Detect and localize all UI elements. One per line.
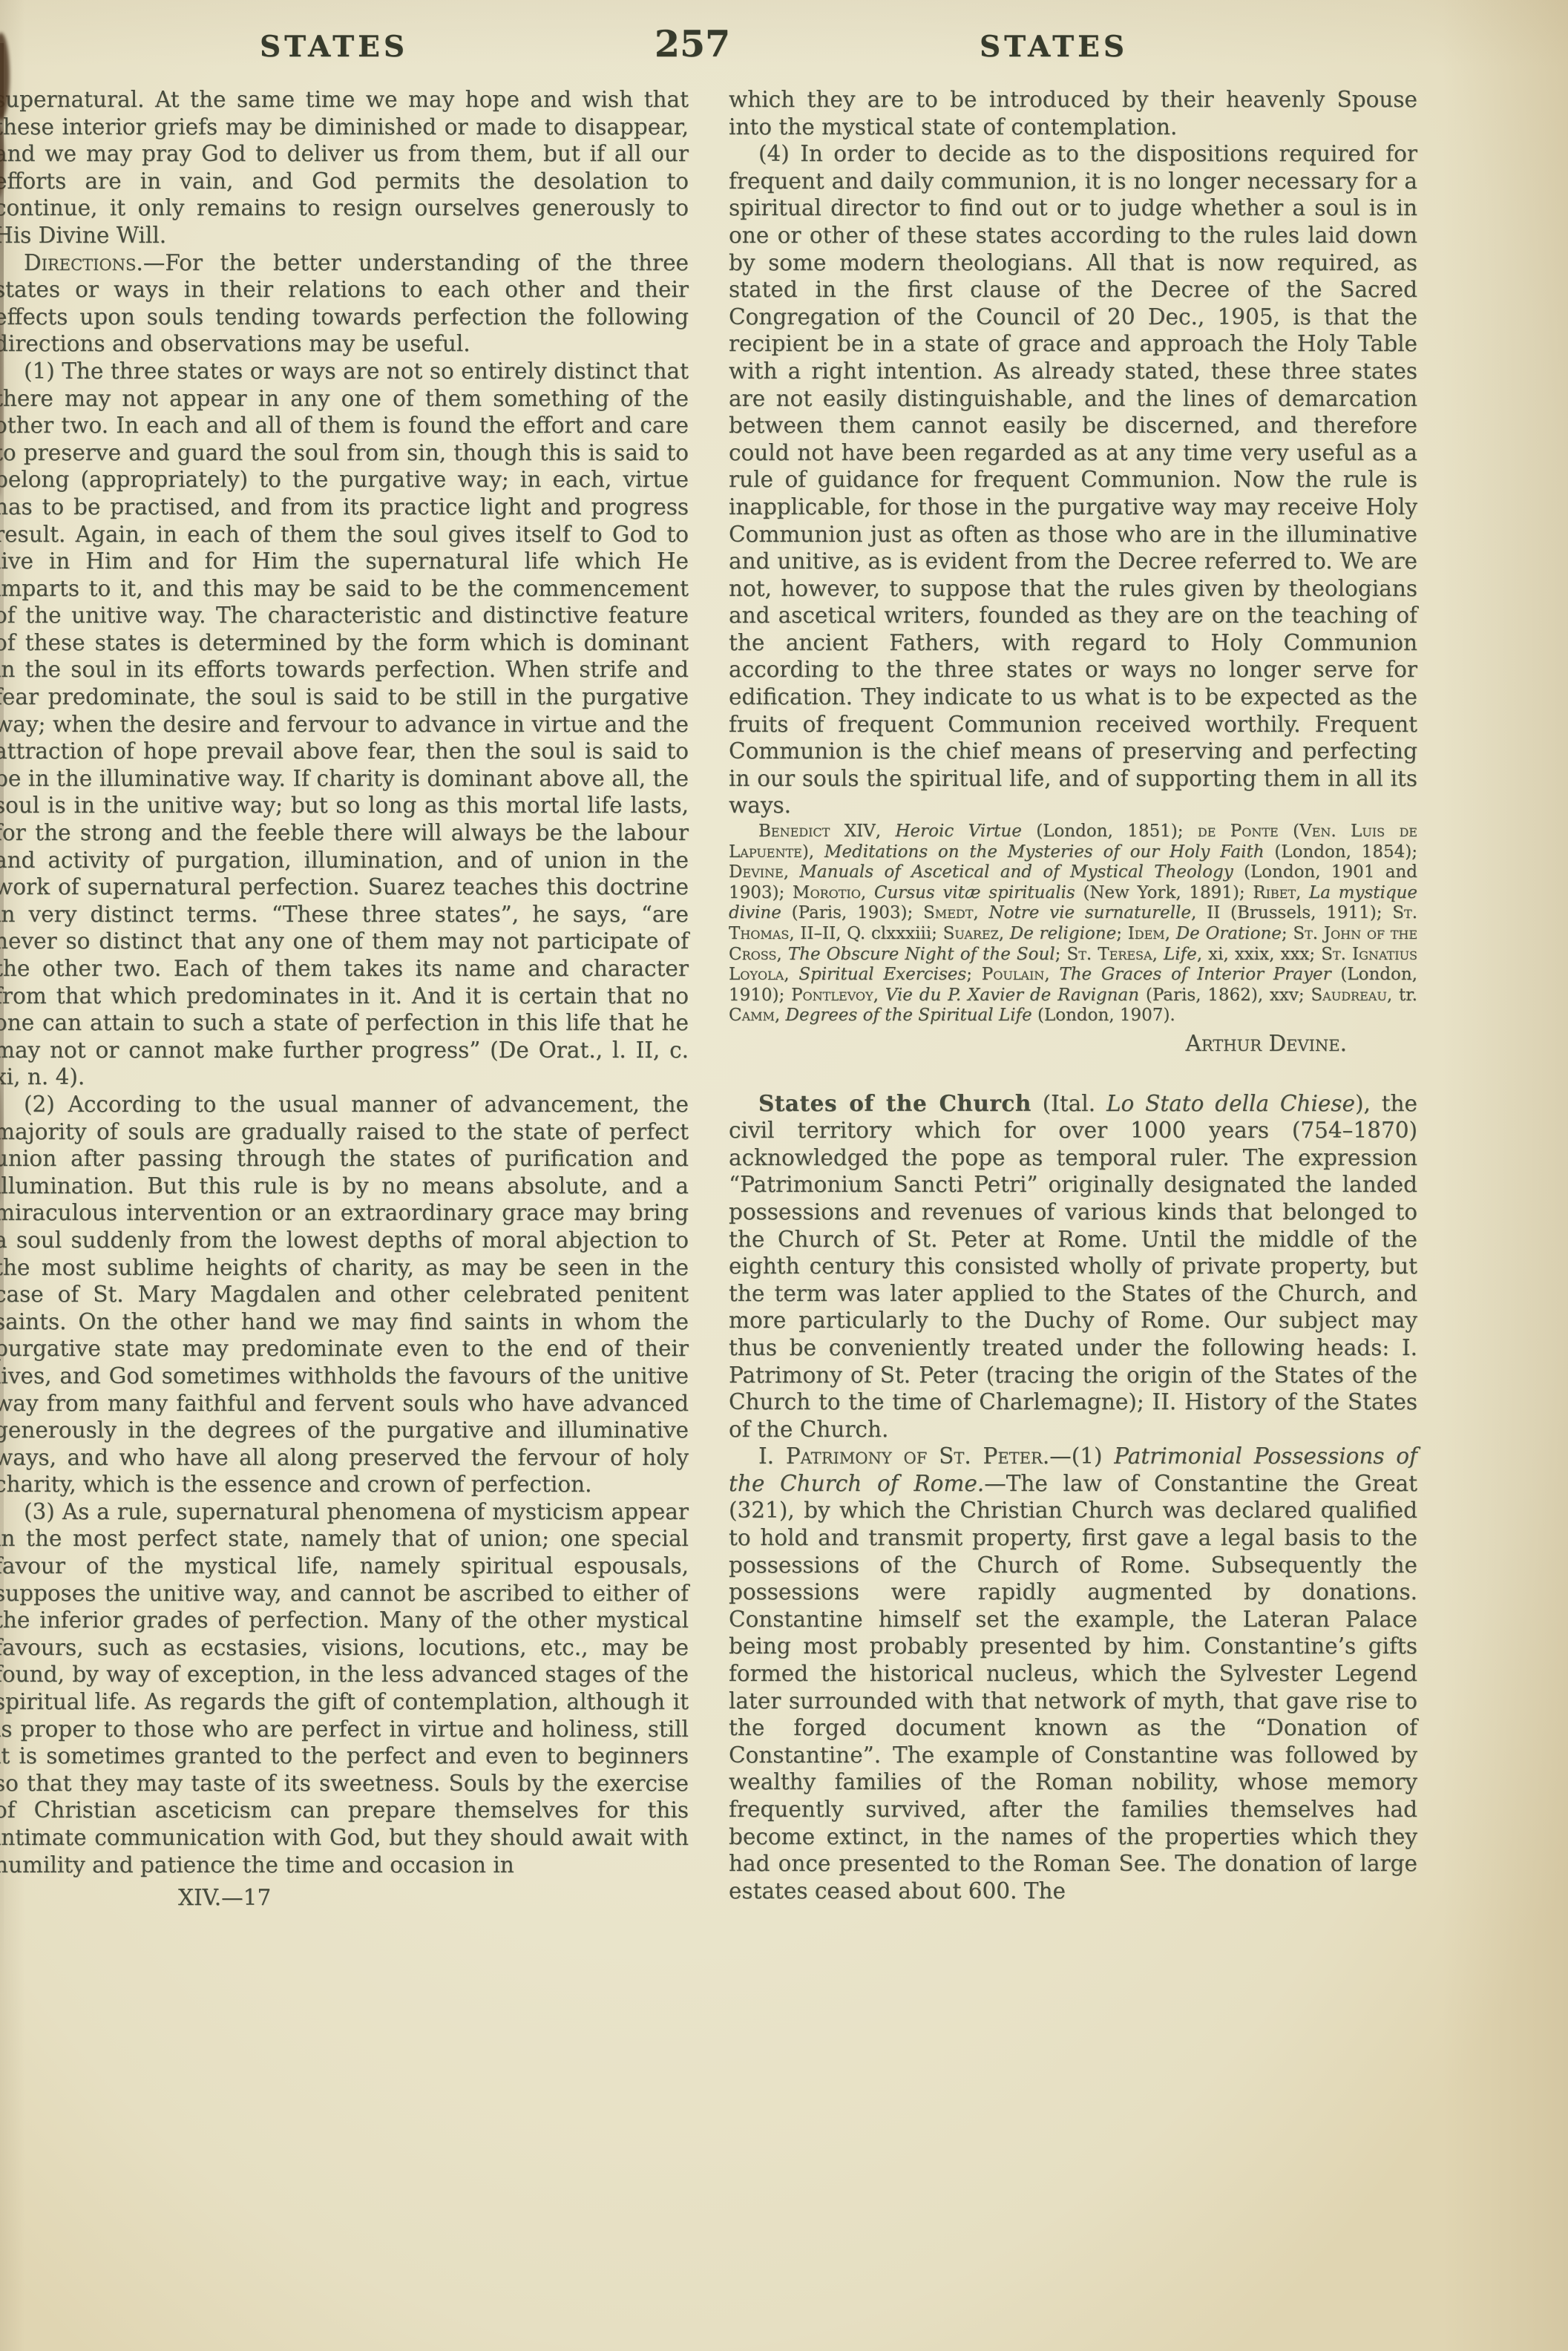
text-segment: , II (Brussels, 1911); (1191, 903, 1392, 922)
text-segment: ; (1055, 945, 1067, 964)
paragraph-continuation: supernatural. At the same time we may ho… (0, 86, 689, 249)
paragraph-point-4: (4) In order to decide as to the disposi… (729, 140, 1417, 819)
text-segment: , (999, 924, 1010, 943)
italic-text: Spiritual Exercises (798, 965, 966, 984)
text-segment: ( (1279, 822, 1299, 841)
italic-text: Notre vie surnaturelle (989, 903, 1191, 922)
small-caps-text: Idem (1128, 924, 1165, 943)
italic-text: De religione (1010, 924, 1116, 943)
text-segment: , xi, xxix, xxx; (1197, 945, 1321, 964)
italic-text: Manuals of Ascetical and of Mystical The… (799, 862, 1233, 882)
small-caps-text: de Ponte (1198, 822, 1279, 841)
small-caps-text: Benedict XIV (758, 822, 876, 841)
text-segment: , II–II, Q. clxxxiii; (789, 924, 942, 943)
volume-signature-mark: XIV.—17 (0, 1884, 689, 1912)
text-segment: ; (1116, 924, 1127, 943)
text-segment: , (876, 822, 896, 841)
small-caps-text: Morotio (793, 883, 861, 902)
small-caps-text: Poulain (982, 965, 1045, 984)
italic-text: Life (1164, 945, 1197, 964)
running-title-left: STATES (245, 30, 423, 64)
article-states-of-the-church: States of the Church (Ital. Lo Stato del… (729, 1090, 1417, 1443)
text-segment: , (784, 862, 800, 882)
text-segment: , tr. (1387, 986, 1417, 1005)
small-caps-text: Ribet (1253, 883, 1296, 902)
small-caps-text: St. Teresa (1067, 945, 1152, 964)
running-title-right: STATES (965, 30, 1143, 64)
italic-text: The Graces of Interior Prayer (1059, 965, 1331, 984)
page-number: 257 (643, 22, 742, 65)
small-caps-text: I. Patrimony of St. Peter. (758, 1443, 1049, 1469)
bibliography: Benedict XIV, Heroic Virtue (London, 185… (729, 822, 1417, 1026)
text-segment: ; (966, 965, 982, 984)
paragraph-point-2: (2) According to the usual manner of adv… (0, 1091, 689, 1498)
text-segment: , (1296, 883, 1309, 902)
text-segment: which they are to be introduced by their… (729, 87, 1417, 140)
text-segment: supernatural. At the same time we may ho… (0, 87, 689, 248)
left-column: supernatural. At the same time we may ho… (0, 86, 689, 1912)
small-caps-text: Devine (729, 862, 784, 882)
text-segment: , (973, 903, 988, 922)
text-segment: , (873, 986, 885, 1005)
italic-text: Vie du P. Xavier de Ravignan (885, 986, 1139, 1005)
right-column: which they are to be introduced by their… (729, 86, 1417, 1904)
text-segment: (Paris, 1903); (781, 903, 923, 922)
text-segment: ), the civil territory which for over 10… (729, 1091, 1417, 1442)
small-caps-text: Smedt (923, 903, 973, 922)
text-segment: (3) As a rule, supernatural phenomena of… (0, 1499, 689, 1878)
text-segment: ; (1282, 924, 1293, 943)
italic-text: Degrees of the Spiritual Life (786, 1006, 1032, 1025)
paragraph-patrimony: I. Patrimony of St. Peter.—(1) Patrimoni… (729, 1443, 1417, 1904)
paragraph-continuation: which they are to be introduced by their… (729, 86, 1417, 140)
text-segment: (London, 1851); (1022, 822, 1198, 841)
bold-entry-title: States of the Church (758, 1090, 1031, 1116)
author-signature: Arthur Devine. (729, 1030, 1417, 1058)
small-caps-text: Saudreau (1311, 986, 1386, 1005)
text-segment: (London, 1907). (1032, 1006, 1175, 1025)
small-caps-text: Suarez (943, 924, 999, 943)
text-segment: —(1) (1049, 1443, 1114, 1469)
italic-text: Cursus vitæ spiritualis (874, 883, 1075, 902)
text-segment: —The law of Constantine the Great (321),… (729, 1471, 1417, 1904)
text-segment: ), (802, 842, 824, 862)
text-segment: XIV.—17 (178, 1885, 271, 1910)
paragraph-directions: Directions.—For the better understanding… (0, 249, 689, 358)
italic-text: Lo Stato della Chiese (1106, 1091, 1355, 1116)
text-segment: (1) The three states or ways are not so … (0, 358, 689, 1089)
small-caps-text: Pontlevoy (791, 986, 873, 1005)
text-segment: , (861, 883, 874, 902)
text-segment: (Ital. (1031, 1091, 1106, 1116)
text-segment: , (1152, 945, 1164, 964)
text-segment: (2) According to the usual manner of adv… (0, 1092, 689, 1497)
small-caps-text: Camm (729, 1006, 775, 1025)
italic-text: The Obscure Night of the Soul (788, 945, 1055, 964)
paragraph-point-1: (1) The three states or ways are not so … (0, 358, 689, 1091)
text-segment: (4) In order to decide as to the disposi… (729, 141, 1417, 818)
small-caps-text: Directions. (24, 250, 143, 275)
italic-text: Meditations on the Mysteries of our Holy… (824, 842, 1264, 862)
text-segment: (London, 1854); (1264, 842, 1417, 862)
text-segment: (Paris, 1862), xxv; (1139, 986, 1311, 1005)
text-segment: , (1165, 924, 1176, 943)
scanned-page: STATES 257 STATES supernatural. At the s… (0, 0, 1568, 2351)
small-caps-text: Arthur Devine. (1186, 1031, 1347, 1056)
italic-text: Heroic Virtue (895, 822, 1021, 841)
text-segment: , (775, 1006, 786, 1025)
italic-text: De Oratione (1176, 924, 1282, 943)
text-segment: (New York, 1891); (1075, 883, 1253, 902)
text-segment: , (1044, 965, 1059, 984)
text-segment: , (784, 965, 798, 984)
paragraph-point-3: (3) As a rule, supernatural phenomena of… (0, 1498, 689, 1878)
text-segment: , (776, 945, 787, 964)
